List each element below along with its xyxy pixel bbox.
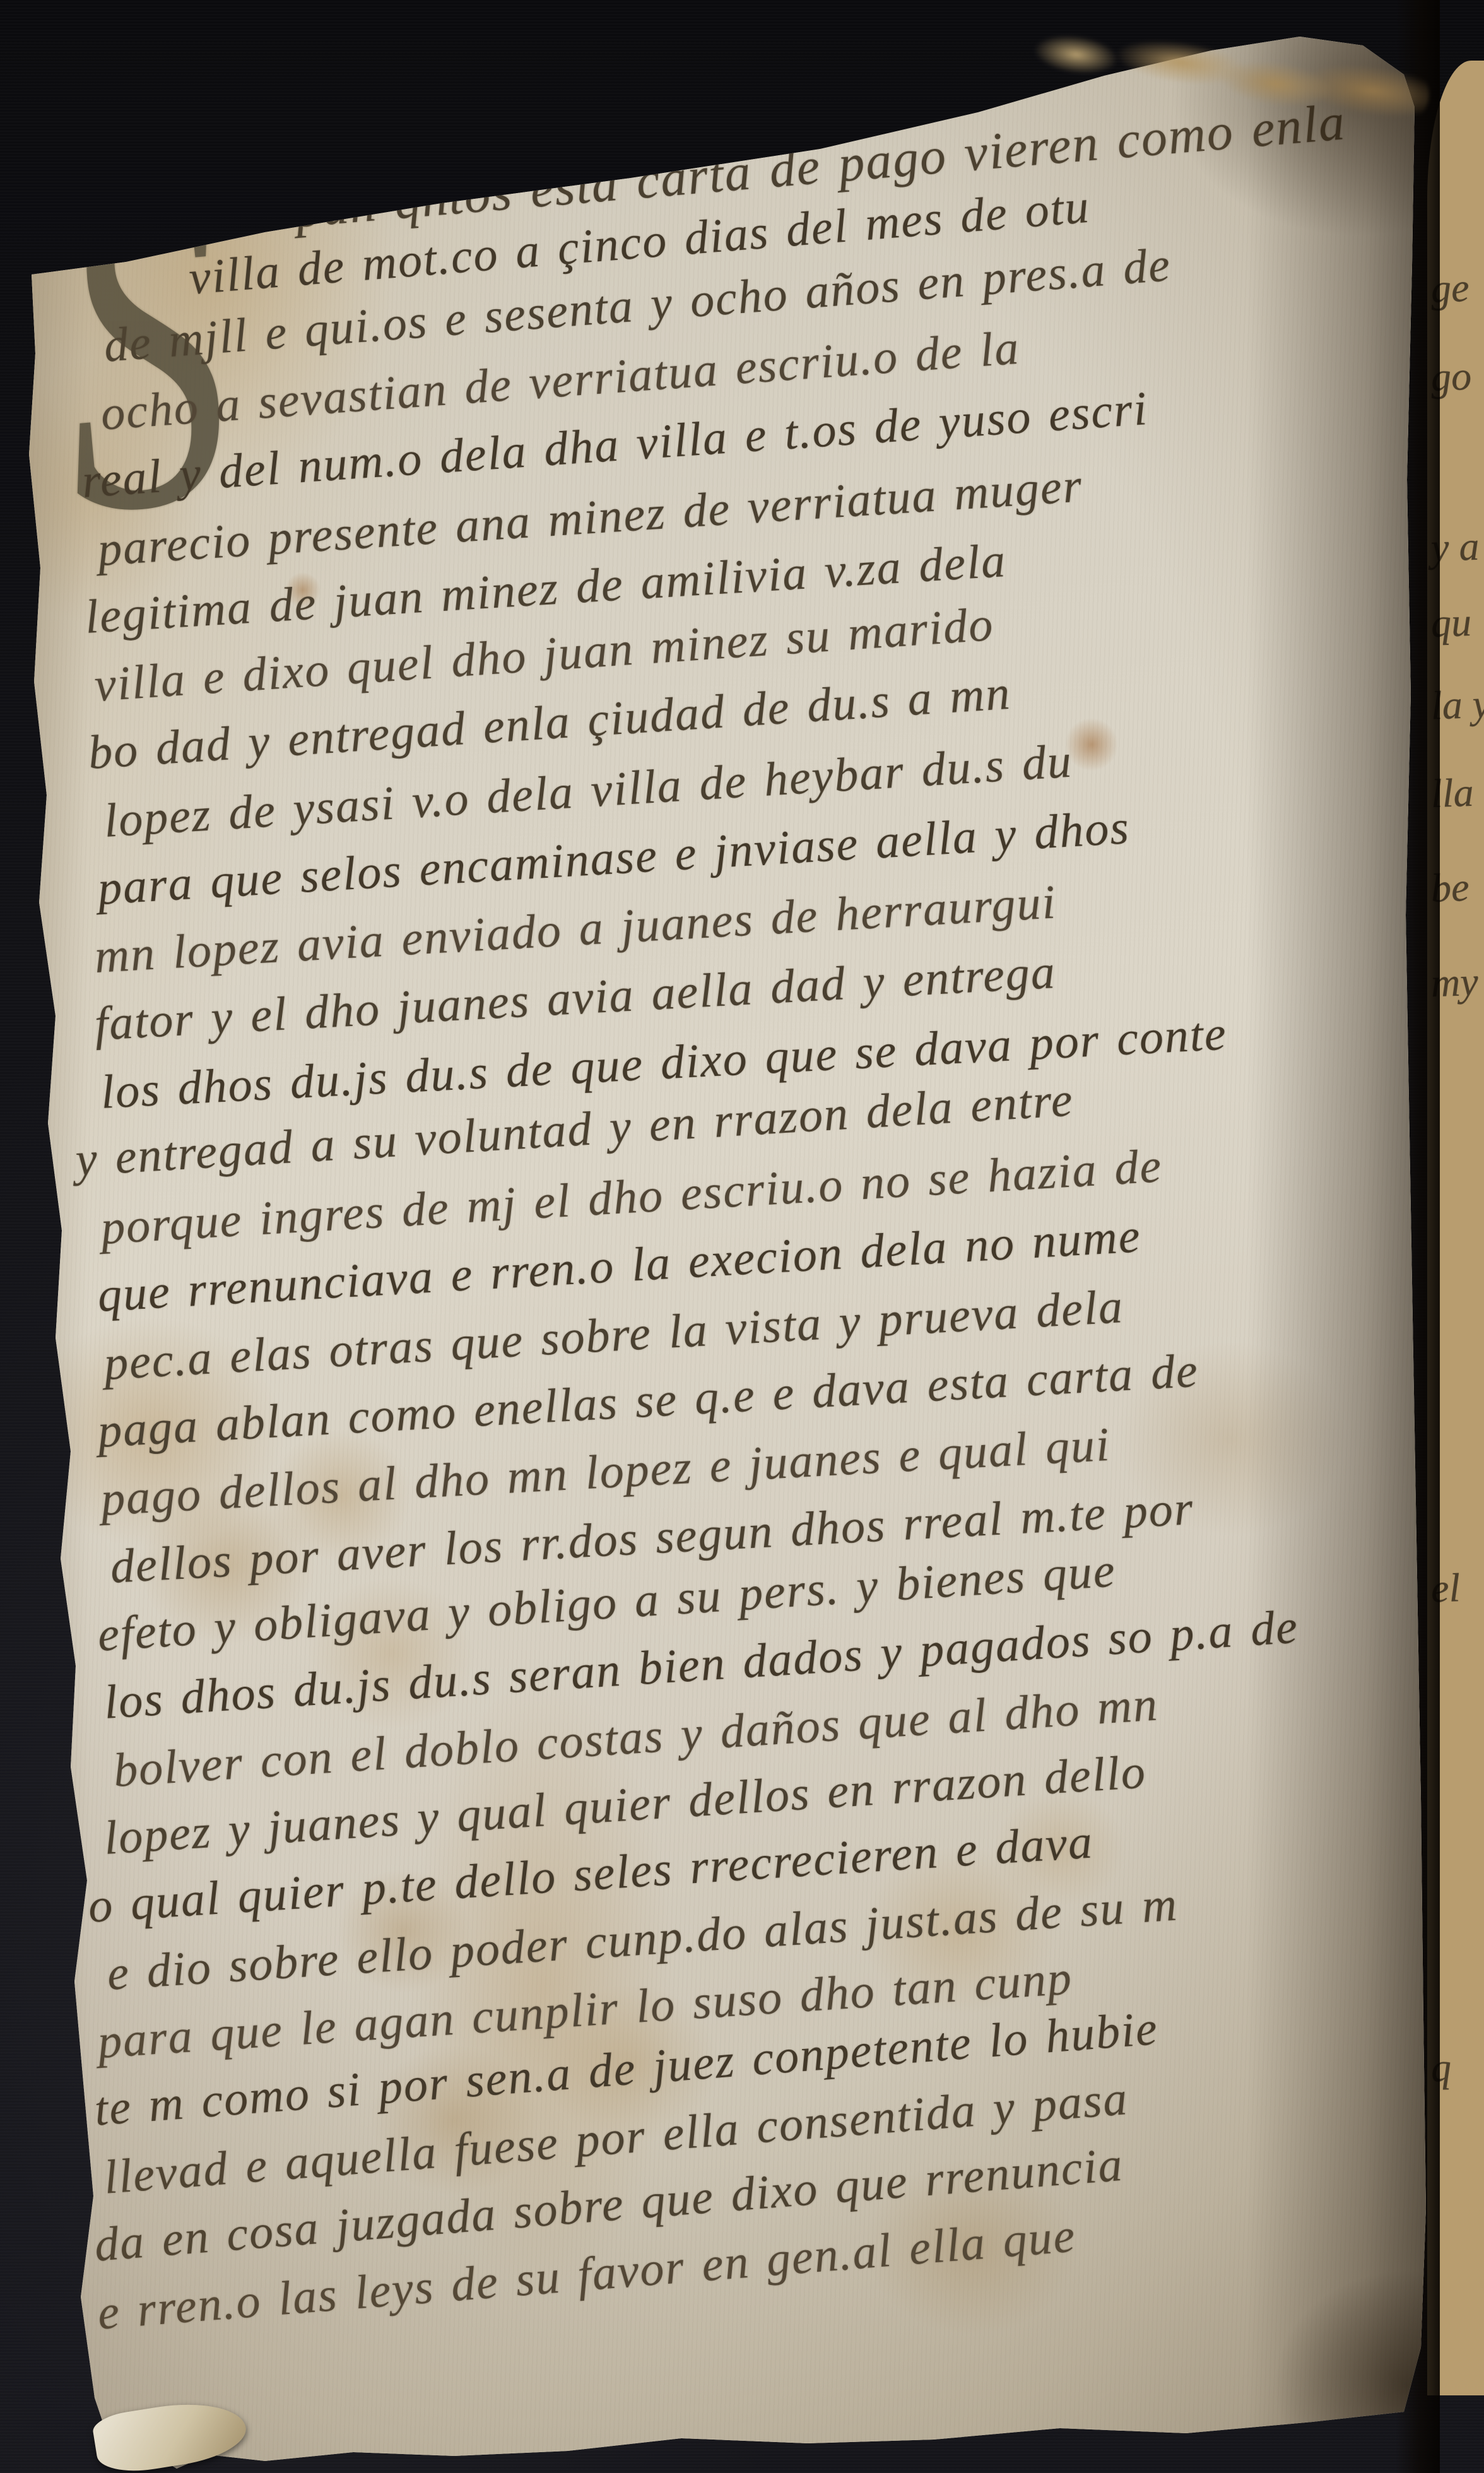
photo-backdrop: gegoy aqula yllabemyelq S epan qntos est… [0,0,1484,2473]
manuscript-text: S epan qntos esta carta de pago vieren c… [0,0,1484,2473]
manuscript-page: S epan qntos esta carta de pago vieren c… [0,0,1484,2473]
